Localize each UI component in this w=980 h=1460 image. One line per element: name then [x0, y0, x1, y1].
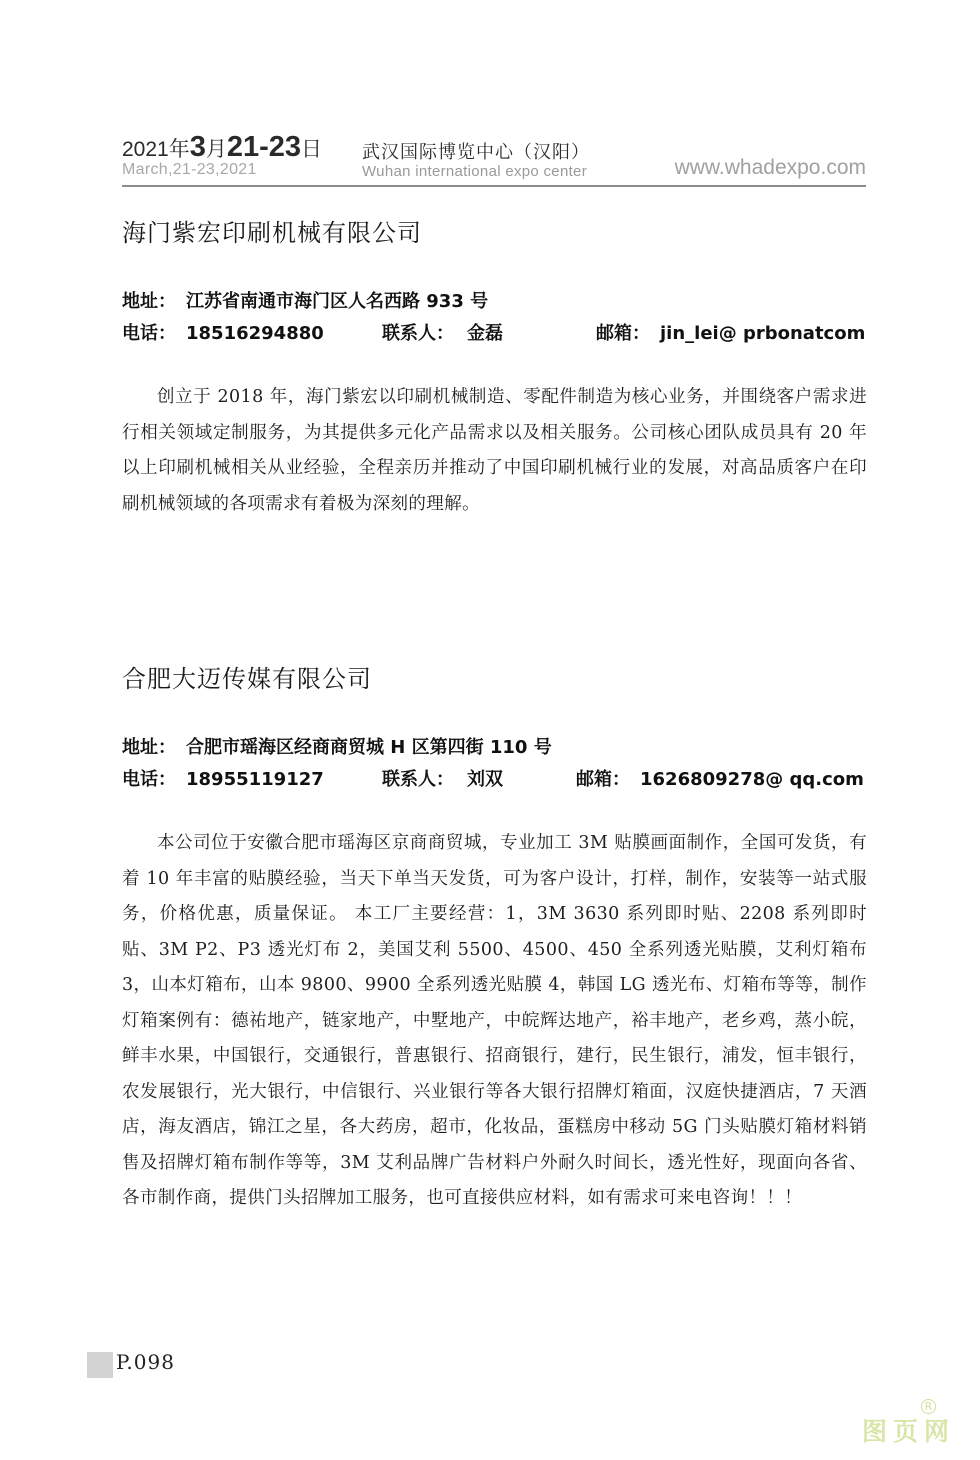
page-header: 2021年3月21-23日 March,21-23,2021 武汉国际博览中心（…: [122, 132, 866, 188]
address-label: 地址：: [122, 286, 176, 318]
address-value: 合肥市瑶海区经商商贸城 H 区第四街 110 号: [186, 732, 552, 764]
email-value: jin_lei@ prbonatcom: [660, 318, 865, 350]
email-label: 邮箱：: [596, 318, 650, 350]
company-entry: 海门紫宏印刷机械有限公司 地址： 江苏省南通市海门区人名西路 933 号 电话：…: [122, 218, 867, 522]
phone-value: 18516294880: [186, 318, 324, 350]
company-name: 海门紫宏印刷机械有限公司: [122, 218, 867, 248]
company-contact-info: 地址： 合肥市瑶海区经商商贸城 H 区第四街 110 号 电话： 1895511…: [122, 732, 867, 796]
phone-label: 电话：: [122, 318, 176, 350]
contact-row: 电话： 18955119127 联系人： 刘双 邮箱： 1626809278@ …: [122, 764, 867, 796]
header-divider: [122, 185, 866, 187]
company-description: 创立于 2018 年，海门紫宏以印刷机械制造、零配件制造为核心业务，并围绕客户需…: [122, 380, 867, 522]
contact-person-label: 联系人：: [382, 764, 454, 796]
page-number: P.098: [116, 1350, 175, 1374]
company-entry: 合肥大迈传媒有限公司 地址： 合肥市瑶海区经商商贸城 H 区第四街 110 号 …: [122, 664, 867, 1217]
event-date-english: March,21-23,2021: [122, 161, 257, 179]
contact-person-label: 联系人：: [382, 318, 454, 350]
event-venue-english: Wuhan international expo center: [362, 163, 587, 180]
registered-mark-icon: R: [921, 1399, 936, 1414]
address-label: 地址：: [122, 732, 176, 764]
phone-value: 18955119127: [186, 764, 324, 796]
address-row: 地址： 江苏省南通市海门区人名西路 933 号: [122, 286, 867, 318]
company-description: 本公司位于安徽合肥市瑶海区京商商贸城，专业加工 3M 贴膜画面制作，全国可发货，…: [122, 826, 867, 1217]
address-value: 江苏省南通市海门区人名西路 933 号: [186, 286, 488, 318]
page-number-marker: [87, 1352, 113, 1378]
company-contact-info: 地址： 江苏省南通市海门区人名西路 933 号 电话： 18516294880 …: [122, 286, 867, 350]
event-website: www.whadexpo.com: [675, 156, 866, 180]
watermark-logo: 图页网: [862, 1412, 955, 1448]
address-row: 地址： 合肥市瑶海区经商商贸城 H 区第四街 110 号: [122, 732, 867, 764]
phone-label: 电话：: [122, 764, 176, 796]
contact-person-value: 刘双: [467, 764, 503, 796]
contact-person-value: 金磊: [467, 318, 503, 350]
email-label: 邮箱：: [576, 764, 630, 796]
company-name: 合肥大迈传媒有限公司: [122, 664, 867, 694]
contact-row: 电话： 18516294880 联系人： 金磊 邮箱： jin_lei@ prb…: [122, 318, 867, 350]
event-venue: 武汉国际博览中心（汉阳）: [362, 138, 590, 164]
email-value: 1626809278@ qq.com: [640, 764, 864, 796]
